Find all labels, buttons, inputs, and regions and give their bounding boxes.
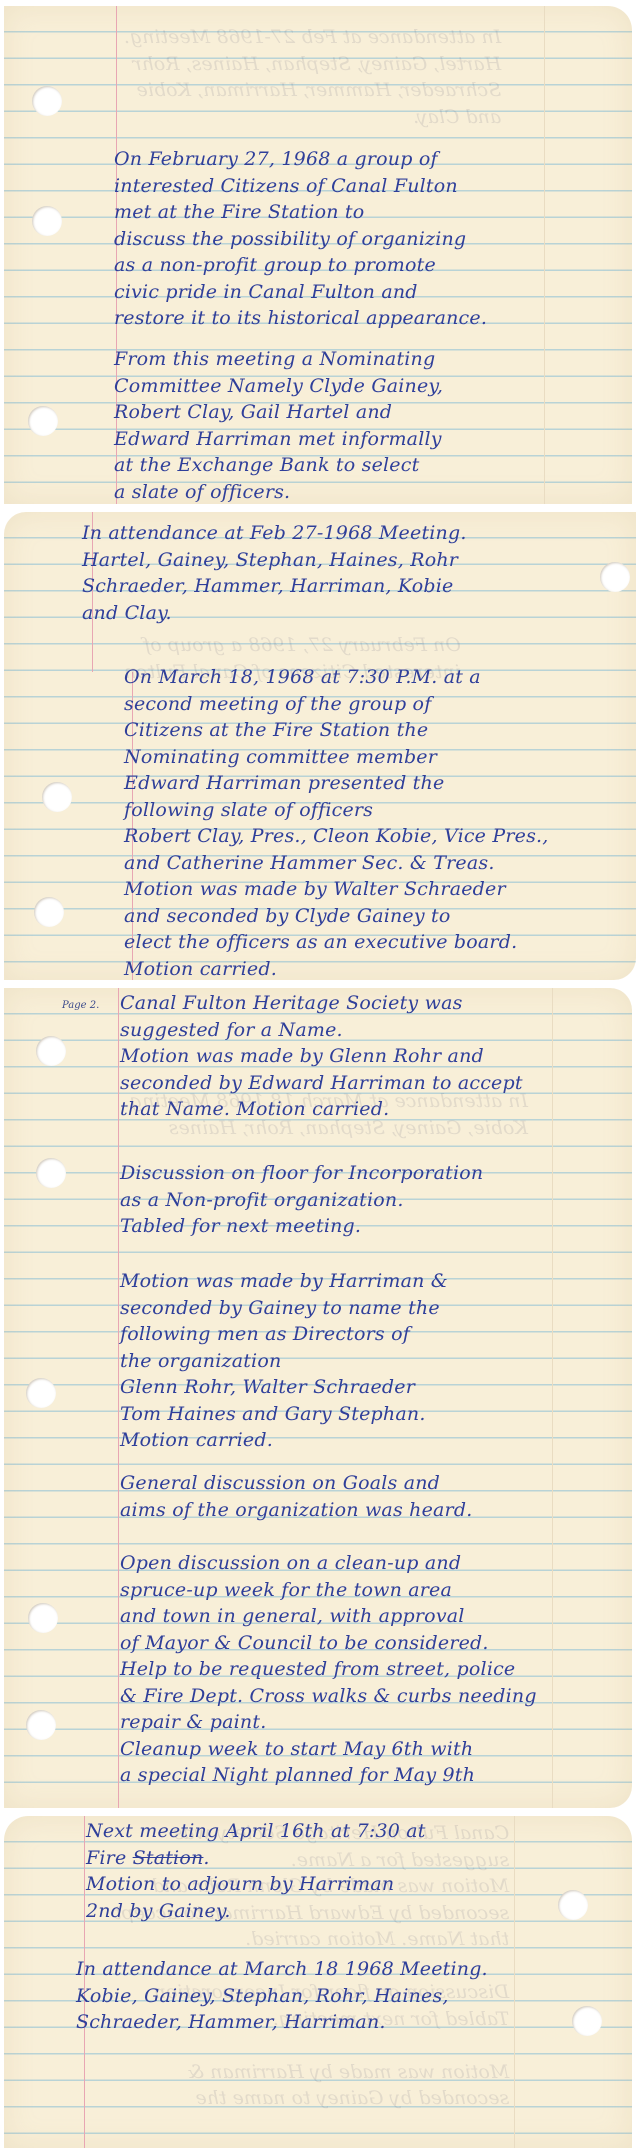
struck-word: Station	[133, 1847, 204, 1869]
paragraph-feb-27-meeting: On February 27, 1968 a group of interest…	[114, 146, 487, 332]
right-margin-line	[514, 1816, 515, 2148]
paragraph-march-18-meeting: On March 18, 1968 at 7:30 P.M. at a seco…	[124, 664, 549, 980]
punch-hole	[26, 1378, 56, 1408]
punch-hole	[28, 406, 58, 436]
notebook-sheet-3: In attendance at March 18 1968 Meeting. …	[4, 988, 632, 1808]
punch-hole	[36, 1158, 66, 1188]
attendance-feb-27: In attendance at Feb 27-1968 Meeting. Ha…	[82, 520, 467, 626]
punch-hole	[36, 1036, 66, 1066]
right-margin-line	[552, 988, 553, 1808]
margin-line	[118, 988, 119, 1808]
paragraph-nominating-committee: From this meeting a Nominating Committee…	[114, 346, 443, 504]
next-meeting-note: Next meeting April 16th at 7:30 at Fire …	[86, 1818, 426, 1871]
paragraph-directors: Motion was made by Harriman & seconded b…	[120, 1268, 448, 1454]
paragraph-incorporation: Discussion on floor for Incorporation as…	[120, 1160, 483, 1240]
page-number-label: Page 2.	[62, 1000, 99, 1011]
punch-hole	[42, 782, 72, 812]
punch-hole	[34, 897, 64, 927]
punch-hole	[558, 1890, 588, 1920]
paragraph-cleanup-week: Open discussion on a clean-up and spruce…	[120, 1550, 537, 1789]
notebook-sheet-4: Canal Fulton Heritage Society was sugges…	[4, 1816, 632, 2148]
punch-hole	[32, 86, 62, 116]
notebook-sheet-1: In attendance at Feb 27-1968 Meeting. Ha…	[4, 6, 632, 504]
attendance-march-18: In attendance at March 18 1968 Meeting. …	[76, 1956, 488, 2036]
right-margin-line	[544, 6, 545, 504]
bleed-through-text: In attendance at Feb 27-1968 Meeting. Ha…	[124, 24, 501, 130]
punch-hole	[600, 562, 630, 592]
adjourn-motion: Motion to adjourn by Harriman 2nd by Gai…	[86, 1871, 394, 1924]
next-meeting-tail: .	[203, 1847, 209, 1869]
punch-hole	[572, 2006, 602, 2036]
notebook-sheet-2: On February 27, 1968 a group of interest…	[4, 512, 636, 980]
paragraph-society-name: Canal Fulton Heritage Society was sugges…	[120, 990, 523, 1123]
punch-hole	[32, 206, 62, 236]
punch-hole	[26, 1710, 56, 1740]
punch-hole	[28, 1603, 58, 1633]
paragraph-goals: General discussion on Goals and aims of …	[120, 1470, 472, 1523]
